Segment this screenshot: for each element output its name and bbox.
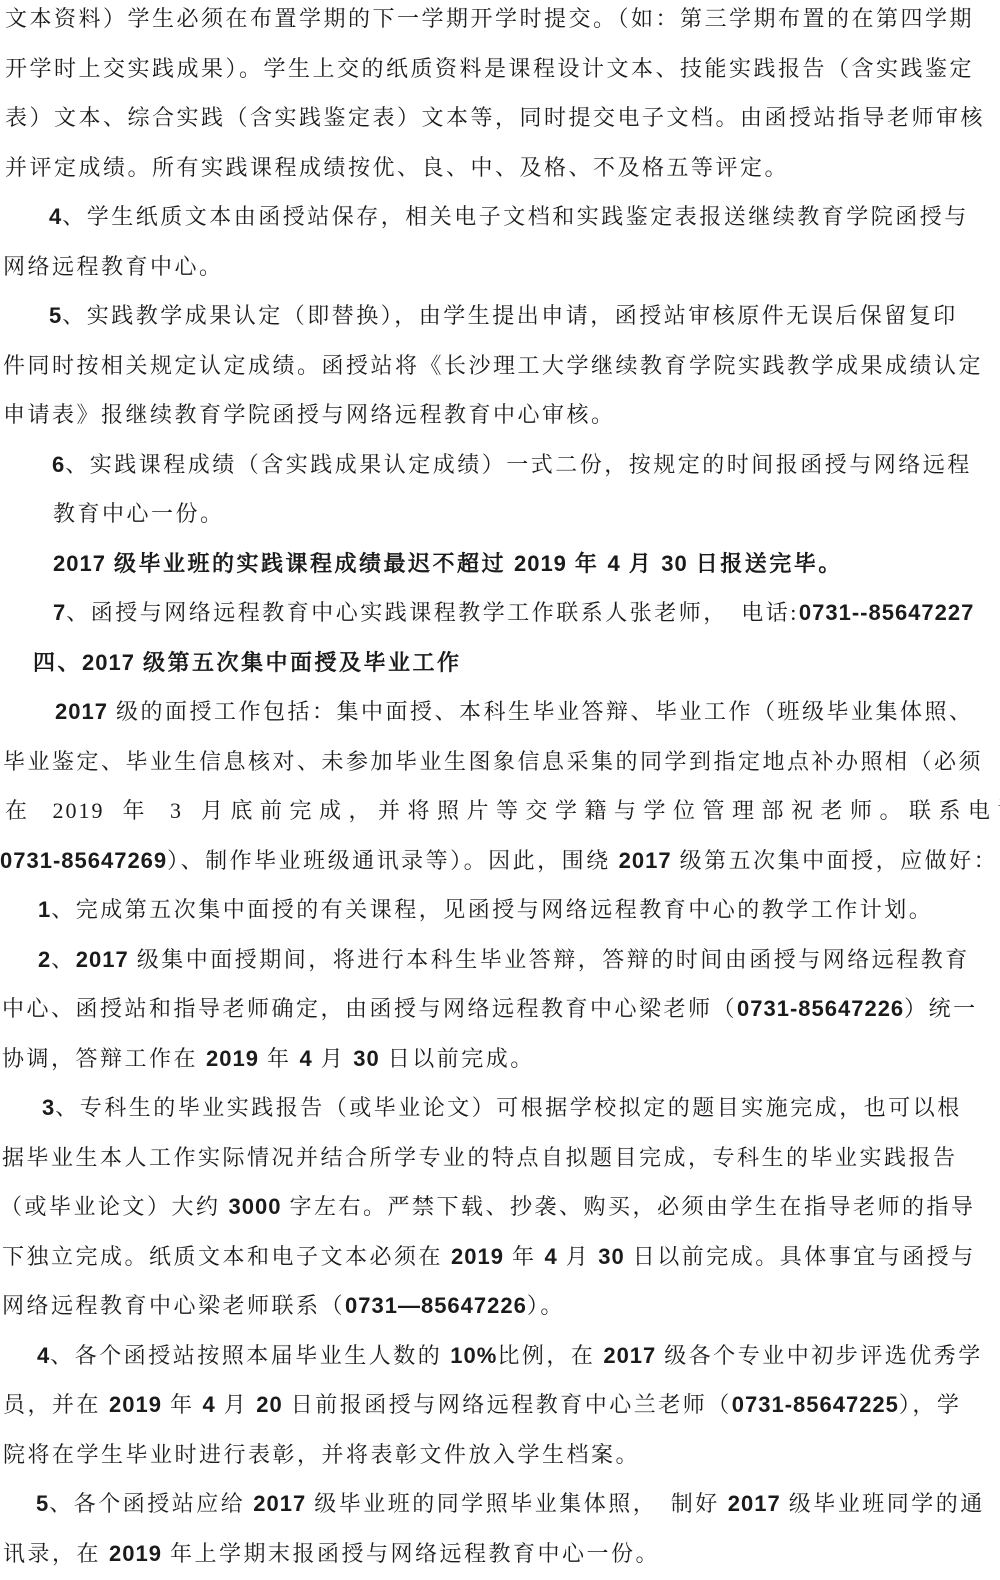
text-line: 2017 级的面授工作包括：集中面授、本科生毕业答辩、毕业工作（班级毕业集体照、 [0, 687, 1000, 737]
text-line: 中心、函授站和指导老师确定，由函授与网络远程教育中心梁老师（0731-85647… [0, 984, 1000, 1034]
text-line: 4、学生纸质文本由函授站保存，相关电子文档和实践鉴定表报送继续教育学院函授与 [0, 192, 1000, 242]
text-line: 4、各个函授站按照本届毕业生人数的 10%比例，在 2017 级各个专业中初步评… [0, 1331, 1000, 1381]
text-line: 2017 级毕业班的实践课程成绩最迟不超过 2019 年 4 月 30 日报送完… [0, 539, 1000, 589]
text-line: 并评定成绩。所有实践课程成绩按优、良、中、及格、不及格五等评定。 [0, 143, 1000, 193]
text-line: 表）文本、综合实践（含实践鉴定表）文本等，同时提交电子文档。由函授站指导老师审核 [0, 93, 1000, 143]
text-line: 2、2017 级集中面授期间，将进行本科生毕业答辩，答辩的时间由函授与网络远程教… [0, 935, 1000, 985]
text-line: 6、实践课程成绩（含实践成果认定成绩）一式二份，按规定的时间报函授与网络远程 [0, 440, 1000, 490]
text-line: 5、各个函授站应给 2017 级毕业班的同学照毕业集体照， 制好 2017 级毕… [0, 1479, 1000, 1529]
text-line: 协调，答辩工作在 2019 年 4 月 30 日以前完成。 [0, 1034, 1000, 1084]
text-line: 据毕业生本人工作实际情况并结合所学专业的特点自拟题目完成，专科生的毕业实践报告 [0, 1133, 1000, 1183]
text-line: 教育中心一份。 [0, 489, 1000, 539]
text-line: 文本资料）学生必须在布置学期的下一学期开学时提交。（如：第三学期布置的在第四学期 [0, 0, 1000, 44]
text-line: 5、实践教学成果认定（即替换），由学生提出申请，函授站审核原件无误后保留复印 [0, 291, 1000, 341]
text-line: 毕业鉴定、毕业生信息核对、未参加毕业生图象信息采集的同学到指定地点补办照相（必须 [0, 737, 1000, 787]
text-line: 件同时按相关规定认定成绩。函授站将《长沙理工大学继续教育学院实践教学成果成绩认定 [0, 341, 1000, 391]
text-line: 1、完成第五次集中面授的有关课程，见函授与网络远程教育中心的教学工作计划。 [0, 885, 1000, 935]
text-line: 0731-85647269）、制作毕业班级通讯录等）。因此，围绕 2017 级第… [0, 836, 1000, 886]
text-line: 讯录，在 2019 年上学期末报函授与网络远程教育中心一份。 [0, 1529, 1000, 1579]
text-line: 在 2019 年 3 月底前完成，并将照片等交学籍与学位管理部祝老师。联系电话： [0, 786, 1000, 836]
text-line: （或毕业论文）大约 3000 字左右。严禁下载、抄袭、购买，必须由学生在指导老师… [0, 1182, 1000, 1232]
text-line: 下独立完成。纸质文本和电子文本必须在 2019 年 4 月 30 日以前完成。具… [0, 1232, 1000, 1282]
text-line: 开学时上交实践成果）。学生上交的纸质资料是课程设计文本、技能实践报告（含实践鉴定 [0, 44, 1000, 94]
text-line: 7、函授与网络远程教育中心实践课程教学工作联系人张老师， 电话:0731--85… [0, 588, 1000, 638]
text-line: 申请表》报继续教育学院函授与网络远程教育中心审核。 [0, 390, 1000, 440]
text-line: 院将在学生毕业时进行表彰，并将表彰文件放入学生档案。 [0, 1430, 1000, 1480]
document-body: 文本资料）学生必须在布置学期的下一学期开学时提交。（如：第三学期布置的在第四学期… [0, 0, 1000, 1578]
text-line: 员，并在 2019 年 4 月 20 日前报函授与网络远程教育中心兰老师（073… [0, 1380, 1000, 1430]
section-heading: 四、2017 级第五次集中面授及毕业工作 [0, 638, 1000, 688]
text-line: 网络远程教育中心梁老师联系（0731—85647226）。 [0, 1281, 1000, 1331]
text-line: 3、专科生的毕业实践报告（或毕业论文）可根据学校拟定的题目实施完成，也可以根 [0, 1083, 1000, 1133]
document-page: 文本资料）学生必须在布置学期的下一学期开学时提交。（如：第三学期布置的在第四学期… [0, 0, 1000, 1580]
text-line: 网络远程教育中心。 [0, 242, 1000, 292]
